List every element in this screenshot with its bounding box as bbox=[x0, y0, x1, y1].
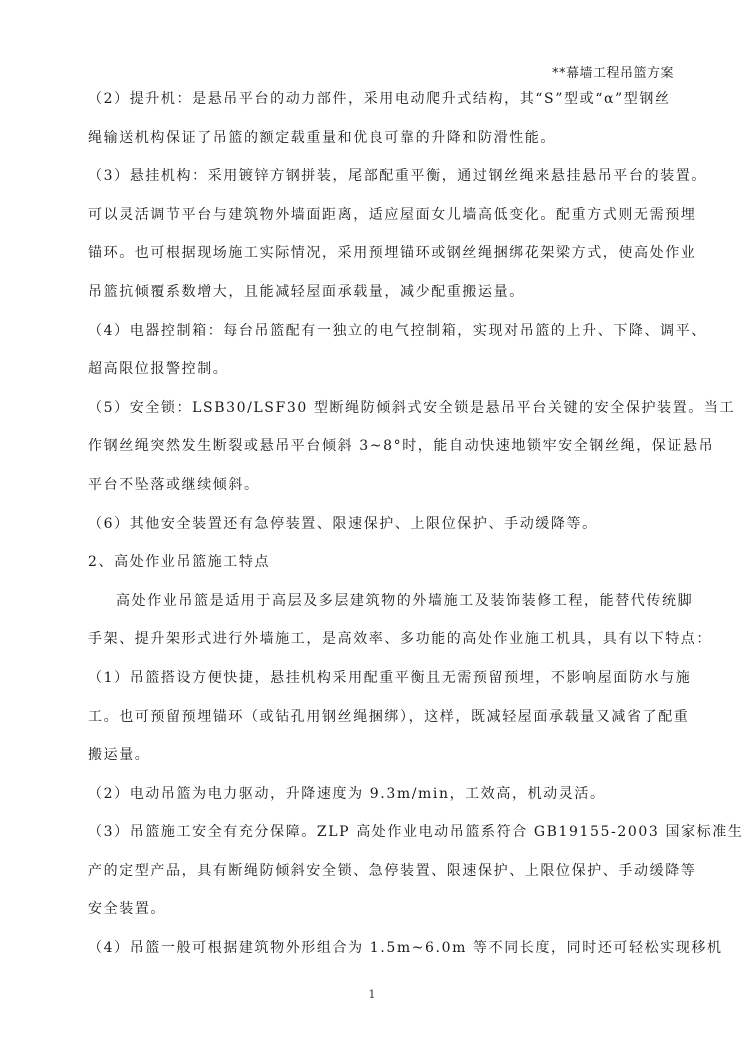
text-line: 产的定型产品，具有断绳防倾斜安全锁、急停装置、限速保护、上限位保护、手动缓降等 bbox=[88, 864, 678, 878]
section-heading: 2、高处作业吊篮施工特点 bbox=[88, 555, 678, 569]
text-line: （2）电动吊篮为电力驱动，升降速度为 9.3m/min，工效高，机动灵活。 bbox=[88, 787, 678, 801]
text-line: （5）安全锁：LSB30/LSF30 型断绳防倾斜式安全锁是悬吊平台关键的安全保… bbox=[88, 401, 678, 415]
text-line: 可以灵活调节平台与建筑物外墙面距离，适应屋面女儿墙高低变化。配重方式则无需预埋 bbox=[88, 208, 678, 222]
text-line: （2）提升机：是悬吊平台的动力部件，采用电动爬升式结构，其“S”型或“α”型钢丝 bbox=[88, 92, 678, 106]
text-line: 平台不坠落或继续倾斜。 bbox=[88, 478, 678, 492]
text-line: 安全装置。 bbox=[88, 902, 678, 916]
text-line: （6）其他安全装置还有急停装置、限速保护、上限位保护、手动缓降等。 bbox=[88, 517, 678, 531]
text-line: 锚环。也可根据现场施工实际情况，采用预埋锚环或钢丝绳捆绑花架梁方式，使高处作业 bbox=[88, 246, 678, 260]
text-line: 绳输送机构保证了吊篮的额定载重量和优良可靠的升降和防滑性能。 bbox=[88, 131, 678, 145]
text-line: （3）吊篮施工安全有充分保障。ZLP 高处作业电动吊篮系符合 GB19155-2… bbox=[88, 825, 678, 839]
page-number: 1 bbox=[0, 988, 744, 1001]
text-line: （4）电器控制箱：每台吊篮配有一独立的电气控制箱，实现对吊篮的上升、下降、调平、 bbox=[88, 324, 678, 338]
text-line: 手架、提升架形式进行外墙施工，是高效率、多功能的高处作业施工机具，具有以下特点： bbox=[88, 632, 678, 646]
document-body: （2）提升机：是悬吊平台的动力部件，采用电动爬升式结构，其“S”型或“α”型钢丝… bbox=[88, 92, 678, 980]
text-line: （3）悬挂机构：采用镀锌方钢拼装，尾部配重平衡，通过钢丝绳来悬挂悬吊平台的装置。 bbox=[88, 169, 678, 183]
text-line: 作钢丝绳突然发生断裂或悬吊平台倾斜 3~8°时，能自动快速地锁牢安全钢丝绳，保证… bbox=[88, 439, 678, 453]
page-header: **幕墙工程吊篮方案 bbox=[552, 62, 674, 81]
text-line: （1）吊篮搭设方便快捷，悬挂机构采用配重平衡且无需预留预埋，不影响屋面防水与施 bbox=[88, 671, 678, 685]
text-line: 高处作业吊篮是适用于高层及多层建筑物的外墙施工及装饰装修工程，能替代传统脚 bbox=[88, 594, 678, 608]
text-line: （4）吊篮一般可根据建筑物外形组合为 1.5m~6.0m 等不同长度，同时还可轻… bbox=[88, 941, 678, 955]
text-line: 工。也可预留预埋锚环（或钻孔用钢丝绳捆绑），这样，既减轻屋面承载量又减省了配重 bbox=[88, 710, 678, 724]
text-line: 搬运量。 bbox=[88, 748, 678, 762]
text-line: 吊篮抗倾覆系数增大，且能减轻屋面承载量，减少配重搬运量。 bbox=[88, 285, 678, 299]
text-line: 超高限位报警控制。 bbox=[88, 362, 678, 376]
